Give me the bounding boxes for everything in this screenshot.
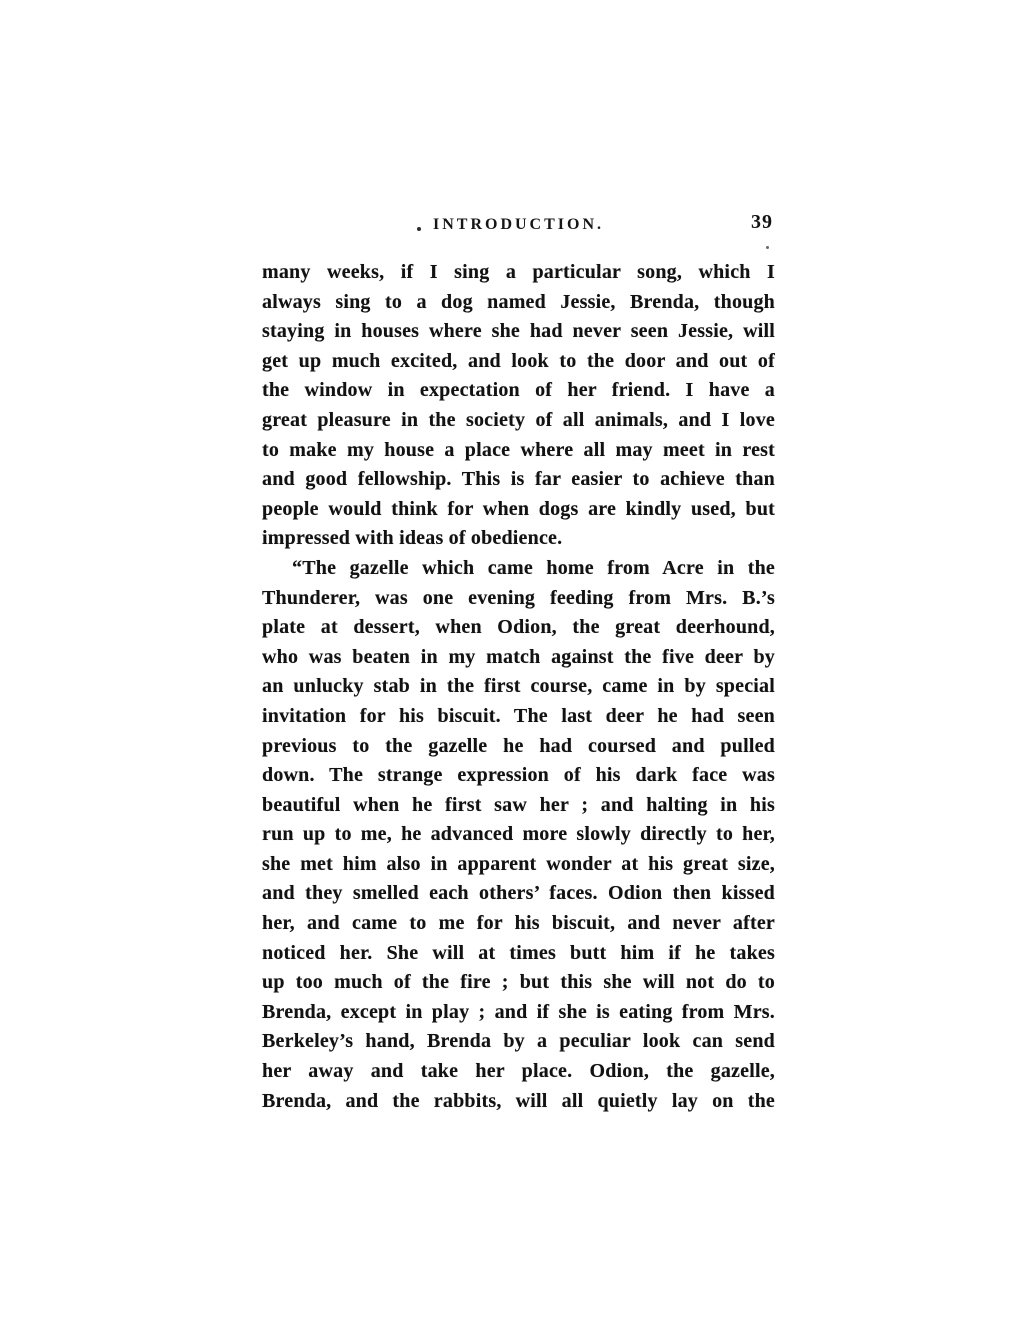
ink-speck [766,246,769,249]
text-line: Brenda, except in play ; and if she is e… [262,998,775,1028]
chapter-title: INTRODUCTION. [262,216,775,234]
text-line: many weeks, if I sing a particular song,… [262,258,775,288]
text-line: great pleasure in the society of all ani… [262,406,775,436]
text-line: down. The strange expression of his dark… [262,761,775,791]
text-line: “The gazelle which came home from Acre i… [262,554,775,584]
text-line: always sing to a dog named Jessie, Brend… [262,288,775,318]
page-number: 39 [751,211,773,234]
text-line: staying in houses where she had never se… [262,317,775,347]
text-line: run up to me, he advanced more slowly di… [262,820,775,850]
text-line: she met him also in apparent wonder at h… [262,850,775,880]
text-line: who was beaten in my match against the f… [262,643,775,673]
text-line: to make my house a place where all may m… [262,436,775,466]
text-line: an unlucky stab in the first course, cam… [262,672,775,702]
running-head: INTRODUCTION. 39 [262,213,775,239]
text-line: Brenda, and the rabbits, will all quietl… [262,1087,775,1117]
text-line: beautiful when he first saw her ; and ha… [262,791,775,821]
text-line: invitation for his biscuit. The last dee… [262,702,775,732]
text-line: the window in expectation of her friend.… [262,376,775,406]
text-line: up too much of the fire ; but this she w… [262,968,775,998]
text-line: get up much excited, and look to the doo… [262,347,775,377]
ink-speck [417,227,421,231]
text-line: Berkeley’s hand, Brenda by a peculiar lo… [262,1027,775,1057]
text-line: Thunderer, was one evening feeding from … [262,584,775,614]
text-line: her away and take her place. Odion, the … [262,1057,775,1087]
text-line: and they smelled each others’ faces. Odi… [262,879,775,909]
text-line: plate at dessert, when Odion, the great … [262,613,775,643]
scanned-book-page: INTRODUCTION. 39 many weeks, if I sing a… [0,0,1033,1339]
text-block: many weeks, if I sing a particular song,… [262,258,775,1116]
text-line: her, and came to me for his biscuit, and… [262,909,775,939]
text-line: and good fellowship. This is far easier … [262,465,775,495]
text-line: people would think for when dogs are kin… [262,495,775,525]
text-line: noticed her. She will at times butt him … [262,939,775,969]
text-line: previous to the gazelle he had coursed a… [262,732,775,762]
text-line: impressed with ideas of obedience. [262,524,775,554]
